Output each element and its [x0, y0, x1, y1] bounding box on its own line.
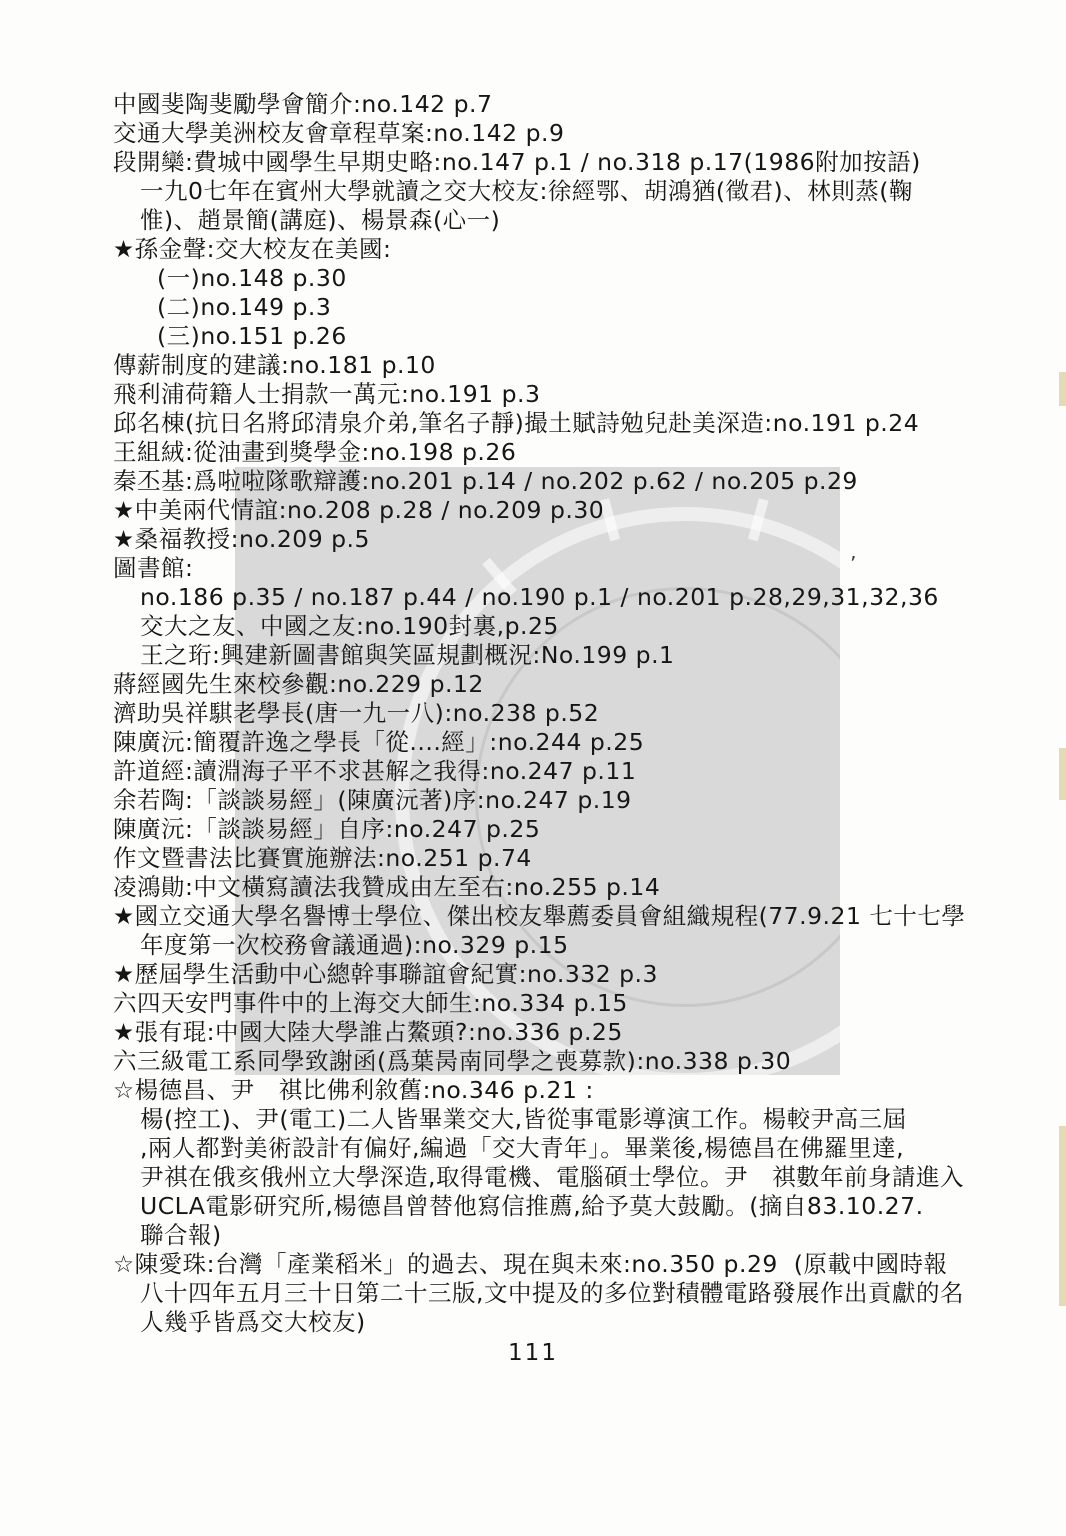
scan-edge-artifact	[1059, 372, 1066, 406]
index-line: 六四天安門事件中的上海交大師生:no.334 p.15	[113, 989, 1013, 1018]
index-line: ★國立交通大學名譽博士學位、傑出校友舉薦委員會組織規程(77.9.21 七十七學	[113, 902, 1013, 931]
index-line: 王組絨:從油畫到獎學金:no.198 p.26	[113, 438, 1013, 467]
index-line: 人幾乎皆爲交大校友)	[113, 1308, 1013, 1337]
index-line: 一九0七年在賓州大學就讀之交大校友:徐經鄂、胡鴻猶(徵君)、林則蒸(鞠	[113, 177, 1013, 206]
index-line: 王之珩:興建新圖書館與笑區規劃概況:No.199 p.1	[113, 641, 1013, 670]
index-line: ☆楊德昌、尹 祺比佛利敘舊:no.346 p.21 :	[113, 1076, 1013, 1105]
index-line: (二)no.149 p.3	[113, 293, 1013, 322]
index-line: ★張有琨:中國大陸大學誰占鰲頭?:no.336 p.25	[113, 1018, 1013, 1047]
index-line: ☆陳愛珠:台灣「產業稻米」的過去、現在與未來:no.350 p.29 (原載中國…	[113, 1250, 1013, 1279]
index-line: ★中美兩代情誼:no.208 p.28 / no.209 p.30	[113, 496, 1013, 525]
index-line: (三)no.151 p.26	[113, 322, 1013, 351]
index-line: (一)no.148 p.30	[113, 264, 1013, 293]
scan-artifact-speck: ’	[850, 552, 856, 576]
index-line: 交通大學美洲校友會章程草案:no.142 p.9	[113, 119, 1013, 148]
index-line: 傳薪制度的建議:no.181 p.10	[113, 351, 1013, 380]
index-line: 飛利浦荷籍人士捐款一萬元:no.191 p.3	[113, 380, 1013, 409]
page-number: 111	[0, 1340, 1066, 1366]
scan-edge-artifact	[1059, 748, 1066, 800]
index-line: 陳廣沅:「談談易經」自序:no.247 p.25	[113, 815, 1013, 844]
index-line: ★桑福教授:no.209 p.5	[113, 525, 1013, 554]
index-line: 段開欒:費城中國學生早期史略:no.147 p.1 / no.318 p.17(…	[113, 148, 1013, 177]
index-line: 惟)、趙景簡(講庭)、楊景森(心一)	[113, 206, 1013, 235]
index-line: 秦丕基:爲啦啦隊歌辯護:no.201 p.14 / no.202 p.62 / …	[113, 467, 1013, 496]
index-line: 楊(控工)、尹(電工)二人皆畢業交大,皆從事電影導演工作。楊較尹高三屆	[113, 1105, 1013, 1134]
index-line: 作文暨書法比賽實施辦法:no.251 p.74	[113, 844, 1013, 873]
index-line: 圖書館:	[113, 554, 1013, 583]
index-line: 年度第一次校務會議通過):no.329 p.15	[113, 931, 1013, 960]
index-line: 聯合報)	[113, 1221, 1013, 1250]
index-line: no.186 p.35 / no.187 p.44 / no.190 p.1 /…	[113, 583, 1013, 612]
index-line: 余若陶:「談談易經」(陳廣沅著)序:no.247 p.19	[113, 786, 1013, 815]
index-line: 尹祺在俄亥俄州立大學深造,取得電機、電腦碩士學位。尹 祺數年前身請進入	[113, 1163, 1013, 1192]
index-list: 中國斐陶斐勵學會簡介:no.142 p.7交通大學美洲校友會章程草案:no.14…	[113, 90, 1013, 1337]
index-line: 六三級電工系同學致謝函(爲葉昺南同學之喪募款):no.338 p.30	[113, 1047, 1013, 1076]
index-line: ,兩人都對美術設計有偏好,編過「交大青年」。畢業後,楊德昌在佛羅里達,	[113, 1134, 1013, 1163]
index-line: 八十四年五月三十日第二十三版,文中提及的多位對積體電路發展作出貢獻的名	[113, 1279, 1013, 1308]
index-line: 凌鴻勛:中文橫寫讀法我贊成由左至右:no.255 p.14	[113, 873, 1013, 902]
index-line: 蔣經國先生來校參觀:no.229 p.12	[113, 670, 1013, 699]
index-line: 中國斐陶斐勵學會簡介:no.142 p.7	[113, 90, 1013, 119]
scan-edge-artifact	[1059, 1126, 1066, 1306]
index-line: UCLA電影研究所,楊德昌曾替他寫信推薦,給予莫大鼓勵。(摘自83.10.27.	[113, 1192, 1013, 1221]
index-line: 交大之友、中國之友:no.190封裏,p.25	[113, 612, 1013, 641]
scanned-document-page: 中國斐陶斐勵學會簡介:no.142 p.7交通大學美洲校友會章程草案:no.14…	[0, 0, 1066, 1536]
index-line: 陳廣沅:簡覆許逸之學長「從....經」:no.244 p.25	[113, 728, 1013, 757]
index-line: 邱名棟(抗日名將邱清泉介弟,筆名子靜)撮土賦詩勉兒赴美深造:no.191 p.2…	[113, 409, 1013, 438]
index-line: ★歷屆學生活動中心總幹事聯誼會紀實:no.332 p.3	[113, 960, 1013, 989]
index-line: ★孫金聲:交大校友在美國:	[113, 235, 1013, 264]
index-line: 濟助吳祥騏老學長(唐一九一八):no.238 p.52	[113, 699, 1013, 728]
index-line: 許道經:讀淵海子平不求甚解之我得:no.247 p.11	[113, 757, 1013, 786]
